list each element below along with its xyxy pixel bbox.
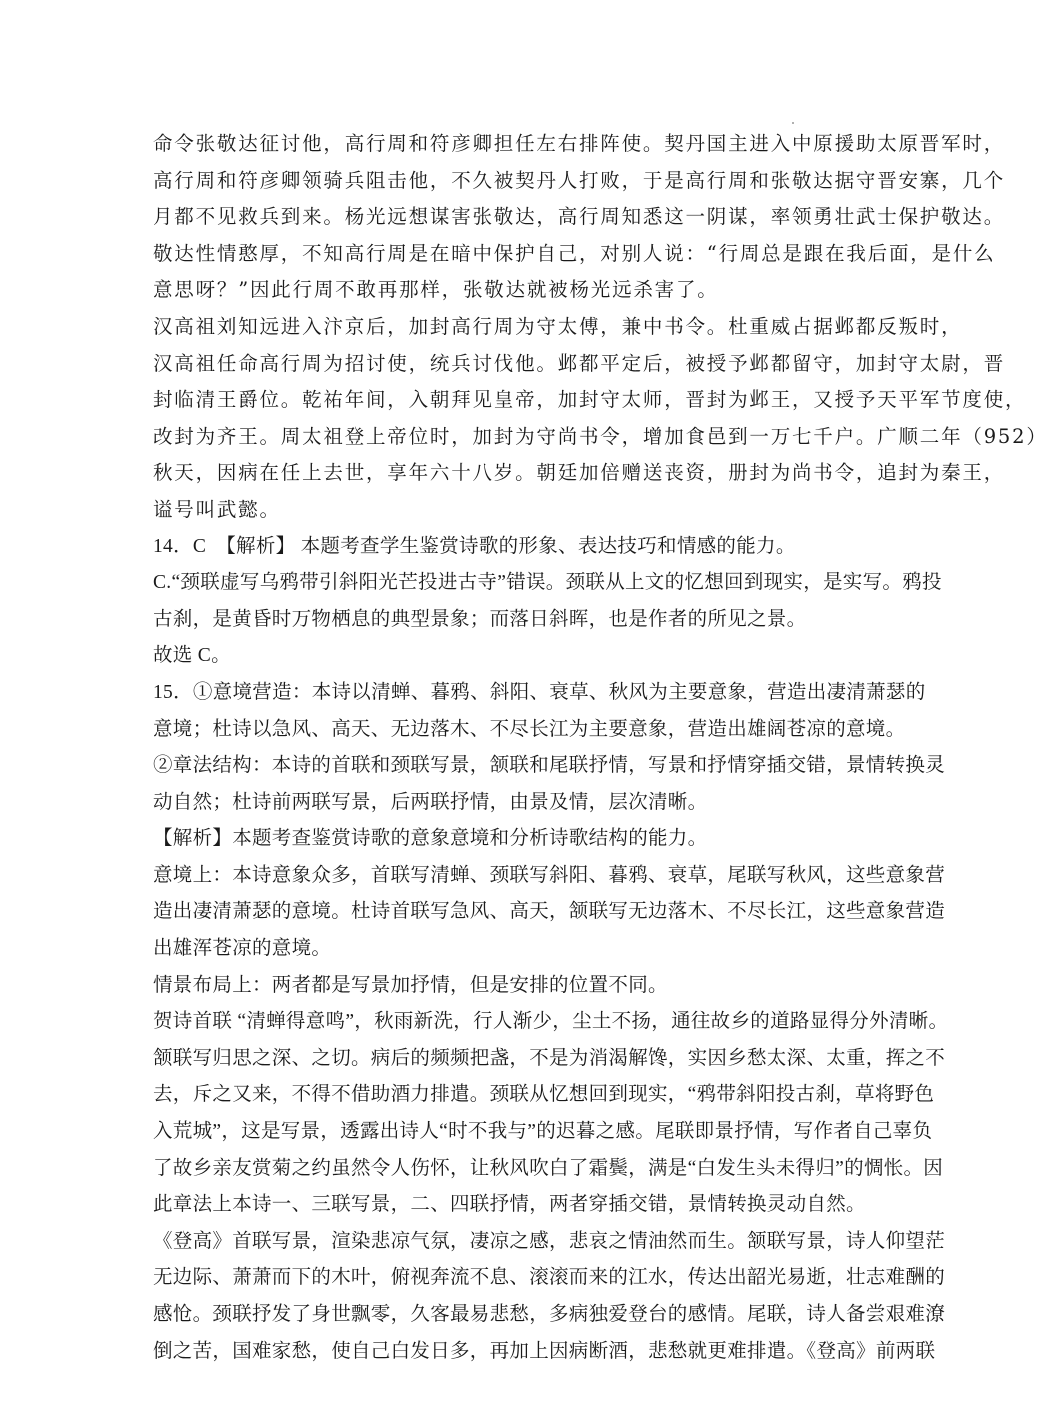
text-line: 意思呀？”因此行周不敢再那样，张敬达就被杨光远杀害了。 (153, 272, 911, 309)
text-line: 感怆。颈联抒发了身世飘零，久客最易悲愁，多病独爱登台的感情。尾联，诗人备尝艰难潦 (153, 1297, 911, 1334)
text-line: 入荒城”，这是写景，透露出诗人“时不我与”的迟暮之感。尾联即景抒情，写作者自己辜… (153, 1114, 911, 1151)
analysis-header: 【解析】本题考查鉴赏诗歌的意象意境和分析诗歌结构的能力。 (153, 821, 911, 858)
text-line: 意境；杜诗以急风、高天、无边落木、不尽长江为主要意象，营造出雄阔苍凉的意境。 (153, 712, 911, 749)
translation-paragraph-2: 汉高祖刘知远进入汴京后，加封高行周为守太傅，兼中书令。杜重威占据邺都反叛时， 汉… (153, 309, 911, 529)
text-line: 汉高祖任命高行周为招讨使，统兵讨伐他。邺都平定后，被授予邺都留守，加封守太尉，晋 (153, 346, 911, 383)
text-line: 汉高祖刘知远进入汴京后，加封高行周为守太傅，兼中书令。杜重威占据邺都反叛时， (153, 309, 911, 346)
text-line: 命令张敬达征讨他，高行周和符彦卿担任左右排阵使。契丹国主进入中原援助太原晋军时， (153, 126, 911, 163)
text-line: 意境上：本诗意象众多，首联写清蝉、颈联写斜阳、暮鸦、衰草，尾联写秋风，这些意象营 (153, 858, 911, 895)
text-line: 敬达性情憨厚，不知高行周是在暗中保护自己，对别人说：“行周总是跟在我后面，是什么 (153, 236, 911, 273)
text-line: 高行周和符彦卿领骑兵阻击他，不久被契丹人打败，于是高行周和张敬达据守晋安寨，几个 (153, 163, 911, 200)
text-line: 《登高》首联写景，渲染悲凉气氛，凄凉之感，悲哀之情油然而生。颔联写景，诗人仰望茫 (153, 1224, 911, 1261)
text-line: C.“颈联虚写乌鸦带引斜阳光芒投进古寺”错误。颈联从上文的忆想回到现实，是实写。… (153, 565, 911, 602)
text-line: 去，斥之又来，不得不借助酒力排遣。颈联从忆想回到现实，“鸦带斜阳投古刹，草将野色 (153, 1077, 911, 1114)
text-line: 月都不见救兵到来。杨光远想谋害张敬达，高行周知悉这一阴谋，率领勇壮武士保护敬达。 (153, 199, 911, 236)
text-line: 此章法上本诗一、三联写景，二、四联抒情，两者穿插交错，景情转换灵动自然。 (153, 1187, 911, 1224)
text-line: 15．①意境营造：本诗以清蝉、暮鸦、斜阳、衰草、秋风为主要意象，营造出凄清萧瑟的 (153, 675, 911, 712)
text-line: 故选 C。 (153, 638, 911, 675)
text-line: 秋天，因病在任上去世，享年六十八岁。朝廷加倍赠送丧资，册封为尚书令，追封为秦王， (153, 455, 911, 492)
text-line: 无边际、萧萧而下的木叶，俯视奔流不息、滚滚而来的江水，传达出韶光易逝，壮志难酬的 (153, 1260, 911, 1297)
text-line: 古刹，是黄昏时万物栖息的典型景象；而落日斜晖，也是作者的所见之景。 (153, 602, 911, 639)
text-line: 谥号叫武懿。 (153, 492, 911, 529)
stray-mark (792, 122, 794, 124)
text-line: 了故乡亲友赏菊之约虽然令人伤怀，让秋风吹白了霜鬓，满是“白发生头未得归”的惆怅。… (153, 1151, 911, 1188)
text-line: 颔联写归思之深、之切。病后的频频把盏，不是为消渴解馋，实因乡愁太深、太重，挥之不 (153, 1041, 911, 1078)
question-14-header: 14．C 【解析】 本题考查学生鉴赏诗歌的形象、表达技巧和情感的能力。 (153, 529, 911, 566)
question-14-answer: 14．C 【解析】 本题考查学生鉴赏诗歌的形象、表达技巧和情感的能力。 C.“颈… (153, 529, 911, 675)
question-15-answer: 15．①意境营造：本诗以清蝉、暮鸦、斜阳、衰草、秋风为主要意象，营造出凄清萧瑟的… (153, 675, 911, 1370)
text-line: 封临清王爵位。乾祐年间，入朝拜见皇帝，加封守太师，晋封为邺王，又授予天平军节度使… (153, 382, 911, 419)
document-page: 命令张敬达征讨他，高行周和符彦卿担任左右排阵使。契丹国主进入中原援助太原晋军时，… (153, 126, 911, 1370)
text-line: 改封为齐王。周太祖登上帝位时，加封为守尚书令，增加食邑到一万七千户。广顺二年（9… (153, 419, 911, 456)
translation-paragraph-1: 命令张敬达征讨他，高行周和符彦卿担任左右排阵使。契丹国主进入中原援助太原晋军时，… (153, 126, 911, 309)
text-line: 出雄浑苍凉的意境。 (153, 931, 911, 968)
text-line: 动自然；杜诗前两联写景，后两联抒情，由景及情，层次清晰。 (153, 785, 911, 822)
text-line: ②章法结构：本诗的首联和颈联写景，颔联和尾联抒情，写景和抒情穿插交错，景情转换灵 (153, 748, 911, 785)
text-line: 情景布局上：两者都是写景加抒情，但是安排的位置不同。 (153, 968, 911, 1005)
text-line: 倒之苦，国难家愁，使自己白发日多，再加上因病断酒，悲愁就更难排遣。《登高》前两联 (153, 1334, 911, 1371)
text-line: 造出凄清萧瑟的意境。杜诗首联写急风、高天，颔联写无边落木、不尽长江，这些意象营造 (153, 894, 911, 931)
text-line: 贺诗首联 “清蝉得意鸣”，秋雨新洗，行人渐少，尘土不扬，通往故乡的道路显得分外清… (153, 1004, 911, 1041)
